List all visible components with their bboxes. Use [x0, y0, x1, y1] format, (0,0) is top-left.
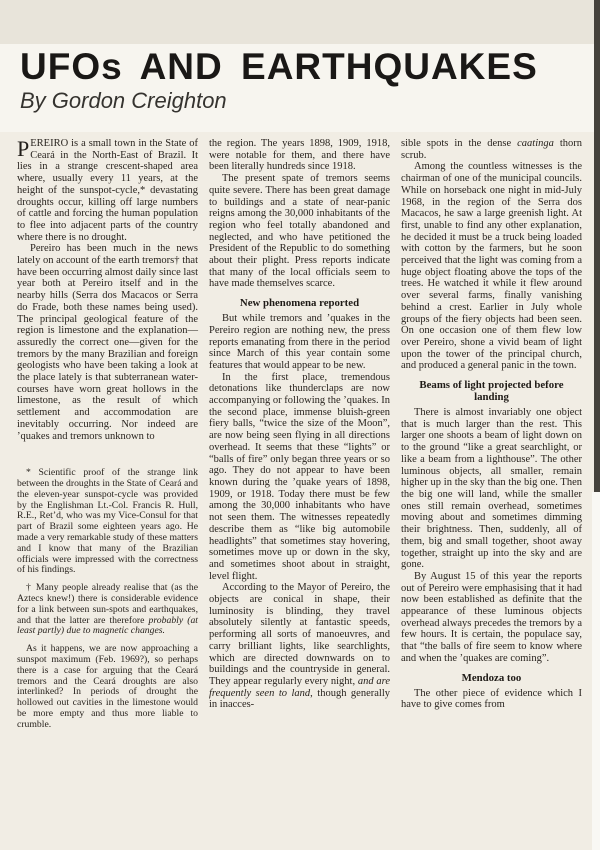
paragraph-continued: the region. The years 1898, 1909, 1918, … [209, 138, 390, 173]
byline: By Gordon Creighton [20, 88, 580, 114]
paragraph: According to the Mayor of Pereiro, the o… [209, 582, 390, 711]
footnote-sunspot-maximum: As it happens, we are now approaching a … [17, 644, 198, 730]
section-heading-mendoza-too: Mendoza too [409, 672, 574, 684]
page-edge-shadow [594, 0, 600, 492]
paragraph-italic-text: caatinga [517, 138, 554, 149]
page-top-margin [0, 0, 600, 44]
paragraph: By August 15 of this year the reports ou… [401, 571, 582, 665]
paragraph: The other piece of evidence which I have… [401, 688, 582, 711]
section-heading-new-phenomena: New phenomena reported [217, 297, 382, 309]
paragraph: There is almost invariably one object th… [401, 407, 582, 571]
column-3: sible spots in the dense caatinga thorn … [401, 138, 582, 738]
article-header: UFOs AND EARTHQUAKES By Gordon Creighton [20, 48, 580, 114]
footnote-aztec-link: † Many people already realise that (as t… [17, 583, 198, 637]
paragraph-text: sible spots in the dense [401, 138, 517, 149]
paragraph: But while tremors and ’quakes in the Per… [209, 313, 390, 372]
column-2: the region. The years 1898, 1909, 1918, … [209, 138, 390, 738]
footnotes: * Scientific proof of the strange link b… [17, 468, 198, 730]
paragraph-text: According to the Mayor of Pereiro, the o… [209, 582, 390, 687]
paragraph-continued: sible spots in the dense caatinga thorn … [401, 138, 582, 161]
section-heading-beams-of-light: Beams of light projected before landing [409, 379, 574, 403]
paragraph: In the first place, tremendous detonatio… [209, 372, 390, 583]
column-1: PEREIRO is a small town in the State of … [17, 138, 198, 738]
lead-paragraph-text: EREIRO is a small town in the State of C… [17, 138, 198, 243]
lead-paragraph: PEREIRO is a small town in the State of … [17, 138, 198, 243]
paragraph: Among the countless witnesses is the cha… [401, 161, 582, 372]
paragraph: The present spate of tremors seems quite… [209, 173, 390, 290]
article-title: UFOs AND EARTHQUAKES [20, 48, 580, 86]
magazine-page: UFOs AND EARTHQUAKES By Gordon Creighton… [0, 0, 600, 850]
paragraph: Pereiro has been much in the news lately… [17, 243, 198, 442]
drop-cap: P [17, 138, 30, 158]
footnote-sunspot-proof: * Scientific proof of the strange link b… [17, 468, 198, 576]
page-edge-highlight [592, 492, 600, 850]
article-columns: PEREIRO is a small town in the State of … [17, 138, 583, 738]
